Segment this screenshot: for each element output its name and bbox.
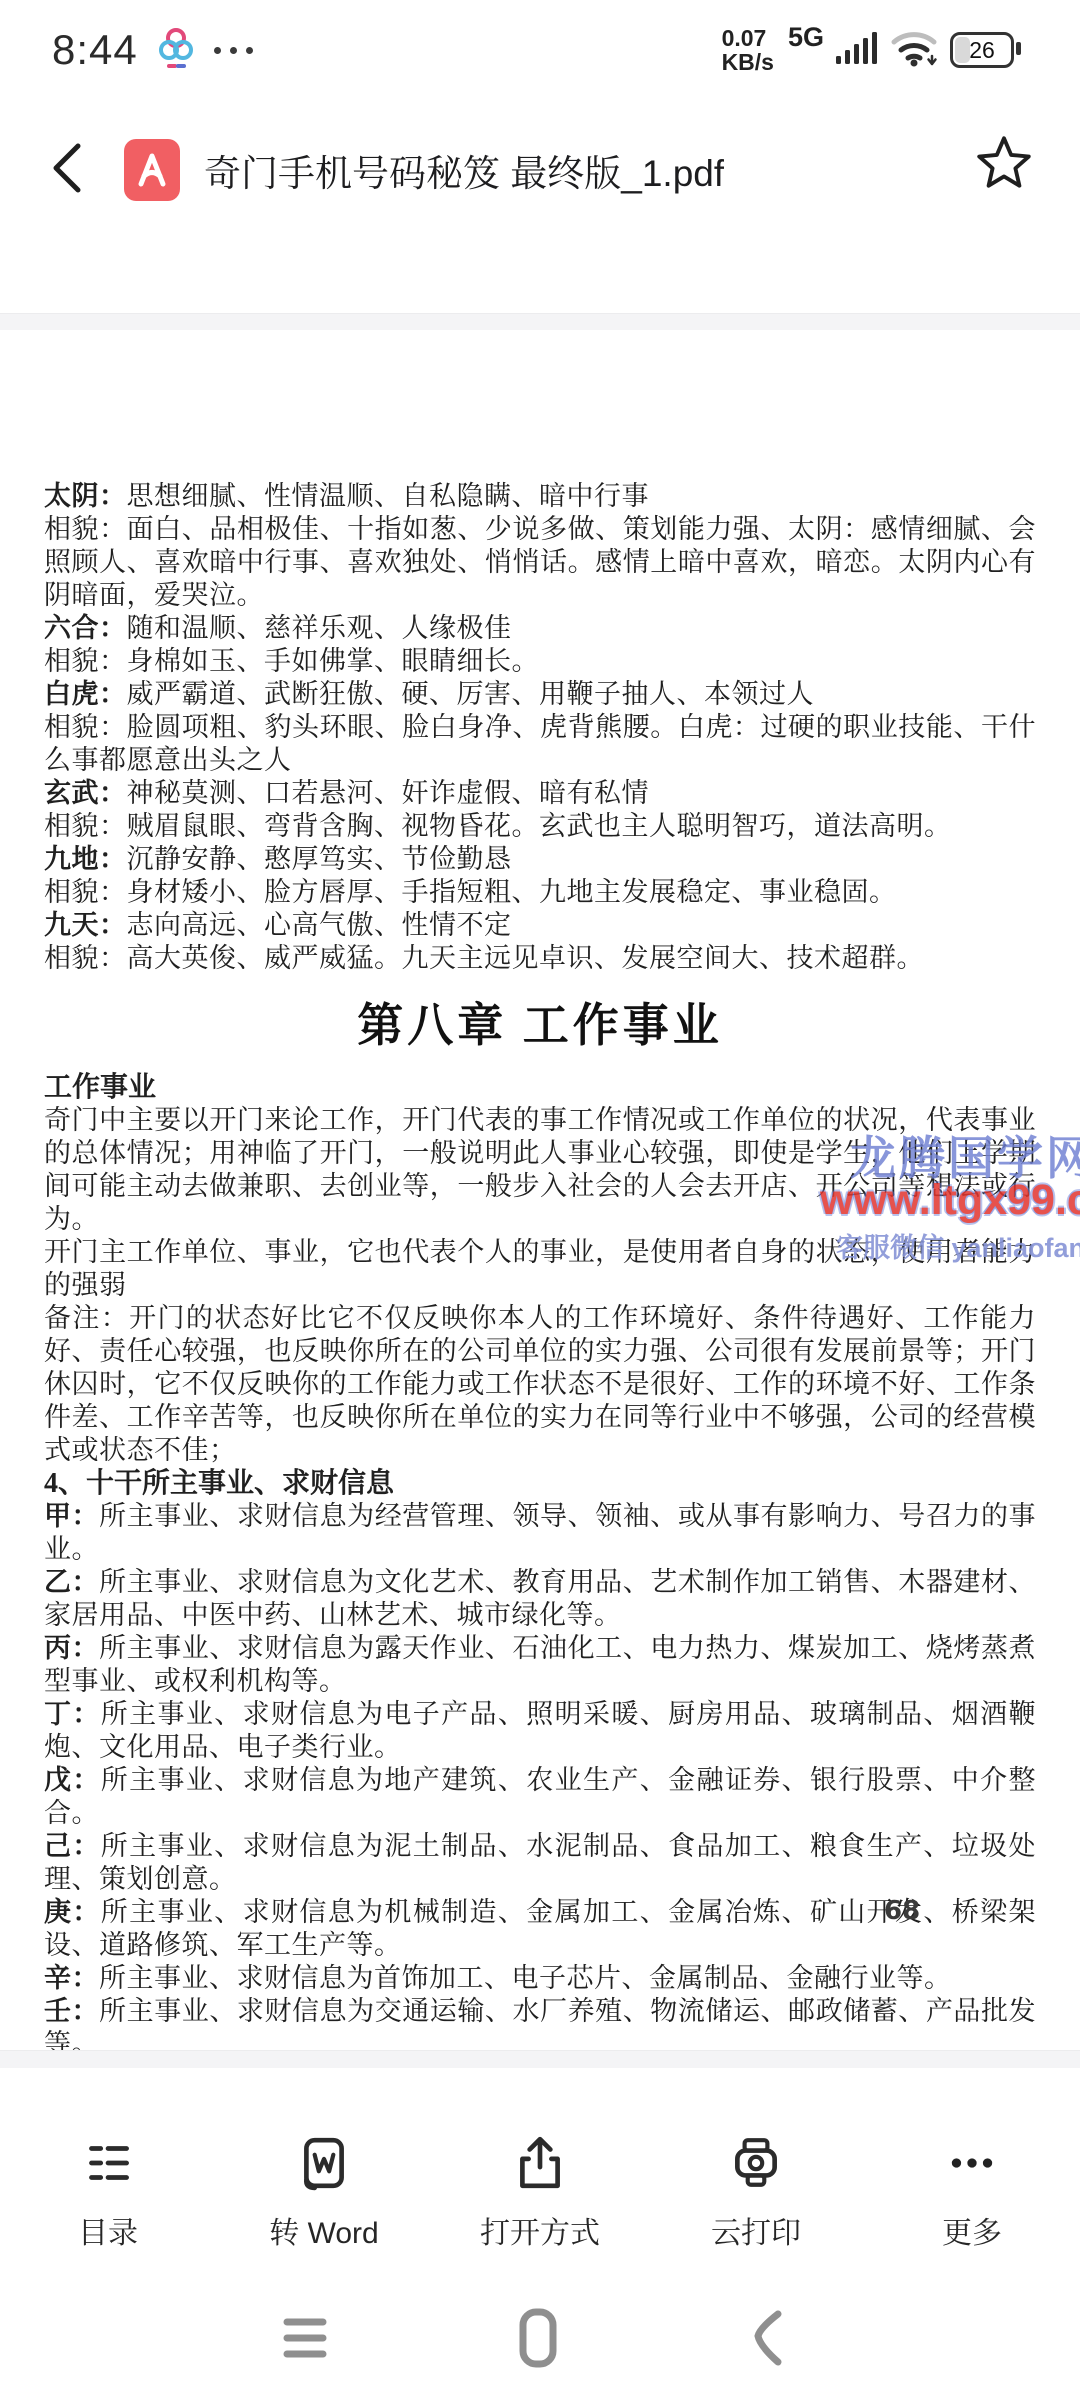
paragraph-label: 乙： (44, 1567, 99, 1597)
paragraph-label: 甲： (44, 1501, 99, 1531)
back-chevron-icon (48, 140, 84, 201)
doc-paragraph: 戊：所主事业、求财信息为地产建筑、农业生产、金融证券、银行股票、中介整合。 (44, 1764, 1036, 1830)
page-number: 68 (884, 1896, 920, 1926)
paragraph-label: 相貌： (44, 712, 127, 742)
paragraph-text: 所主事业、求财信息为电子产品、照明采暖、厨房用品、玻璃制品、烟酒鞭炮、文化用品、… (44, 1699, 1036, 1762)
paragraph-text: 所主事业、求财信息为交通运输、水厂养殖、物流储运、邮政储蓄、产品批发等。 (44, 1996, 1036, 2050)
more-icon (943, 2134, 1001, 2192)
app-notification-icon (156, 25, 196, 76)
doc-paragraph: 辛：所主事业、求财信息为首饰加工、电子芯片、金属制品、金融行业等。 (44, 1962, 1036, 1995)
paragraph-text: 4、十干所主事业、求财信息 (44, 1468, 394, 1499)
paragraph-text: 思想细腻、性情温顺、自私隐瞒、暗中行事 (127, 481, 650, 511)
page-separator-top (0, 313, 1080, 331)
paragraph-text: 沉静安静、憨厚笃实、节俭勤恳 (127, 844, 512, 874)
paragraph-label: 庚： (44, 1897, 101, 1927)
star-icon (976, 177, 1032, 194)
toolbar-item-label: 打开方式 (480, 2208, 600, 2252)
nav-menu-button[interactable] (273, 2306, 337, 2370)
open-with-icon (511, 2134, 569, 2192)
cloud-print-icon (727, 2134, 785, 2192)
paragraph-text: 所主事业、求财信息为露天作业、石油化工、电力热力、煤炭加工、烧烤蒸煮型事业、或权… (44, 1633, 1036, 1696)
toolbar-item-label: 目录 (78, 2208, 138, 2252)
section-heading: 工作事业 (44, 1071, 1036, 1104)
back-button[interactable] (44, 140, 88, 200)
doc-paragraph: 奇门中主要以开门来论工作，开门代表的事工作情况或工作单位的状况，代表事业的总体情… (44, 1104, 1036, 1236)
paragraph-label: 太阴： (44, 481, 127, 511)
paragraph-text: 随和温顺、慈祥乐观、人缘极佳 (127, 613, 512, 643)
clock: 8:44 (52, 26, 138, 74)
doc-paragraph: 备注：开门的状态好比它不仅反映你本人的工作环境好、条件待遇好、工作能力好、责任心… (44, 1302, 1036, 1467)
system-nav-bar (0, 2286, 1080, 2400)
pdf-page-view[interactable]: 太阴：思想细腻、性情温顺、自私隐瞒、暗中行事相貌：面白、品相极佳、十指如葱、少说… (0, 330, 1080, 2050)
chapter-heading: 第八章 工作事业 (44, 997, 1036, 1055)
doc-paragraph: 丙：所主事业、求财信息为露天作业、石油化工、电力热力、煤炭加工、烧烤蒸煮型事业、… (44, 1632, 1036, 1698)
doc-paragraph: 玄武：神秘莫测、口若悬河、奸诈虚假、暗有私情 (44, 777, 1036, 810)
app-header: 奇门手机号码秘笈 最终版_1.pdf (0, 100, 1080, 240)
paragraph-label: 戊： (44, 1765, 101, 1795)
document-title: 奇门手机号码秘笈 最终版_1.pdf (204, 143, 724, 197)
paragraph-label: 九天： (44, 910, 127, 940)
nav-back-button[interactable] (738, 2306, 802, 2370)
paragraph-label: 玄武： (44, 778, 127, 808)
doc-paragraph: 相貌：身材矮小、脸方唇厚、手指短粗、九地主发展稳定、事业稳固。 (44, 876, 1036, 909)
doc-paragraph: 白虎：威严霸道、武断狂傲、硬、厉害、用鞭子抽人、本领过人 (44, 678, 1036, 711)
paragraph-text: 所主事业、求财信息为文化艺术、教育用品、艺术制作加工销售、木器建材、家居用品、中… (44, 1567, 1036, 1630)
paragraph-label: 相貌： (44, 646, 127, 676)
paragraph-text: 奇门中主要以开门来论工作，开门代表的事工作情况或工作单位的状况，代表事业的总体情… (44, 1105, 1036, 1234)
favorite-button[interactable] (976, 134, 1032, 190)
paragraph-text: 工作事业 (44, 1072, 156, 1103)
toolbar-item-to-word[interactable]: 转 Word (216, 2068, 432, 2286)
doc-paragraph: 相貌：面白、品相极佳、十指如葱、少说多做、策划能力强、太阴：感情细腻、会照顾人、… (44, 513, 1036, 612)
doc-paragraph: 乙：所主事业、求财信息为文化艺术、教育用品、艺术制作加工销售、木器建材、家居用品… (44, 1566, 1036, 1632)
paragraph-text: 开门的状态好比它不仅反映你本人的工作环境好、条件待遇好、工作能力好、责任心较强，… (44, 1303, 1036, 1465)
paragraph-text: 所主事业、求财信息为经营管理、领导、领袖、或从事有影响力、号召力的事业。 (44, 1501, 1036, 1564)
wifi-icon (890, 27, 938, 74)
paragraph-label: 六合： (44, 613, 127, 643)
hamburger-menu-icon (273, 2306, 337, 2370)
paragraph-label: 丙： (44, 1633, 99, 1663)
nav-home-button[interactable] (506, 2306, 570, 2370)
bottom-toolbar: 目录转 Word打开方式云打印更多 (0, 2068, 1080, 2286)
doc-paragraph: 丁：所主事业、求财信息为电子产品、照明采暖、厨房用品、玻璃制品、烟酒鞭炮、文化用… (44, 1698, 1036, 1764)
paragraph-label: 壬： (44, 1996, 99, 2026)
paragraph-text: 面白、品相极佳、十指如葱、少说多做、策划能力强、太阴：感情细腻、会照顾人、喜欢暗… (44, 514, 1036, 610)
paragraph-text: 威严霸道、武断狂傲、硬、厉害、用鞭子抽人、本领过人 (127, 679, 815, 709)
paragraph-label: 白虎： (44, 679, 127, 709)
doc-paragraph: 壬：所主事业、求财信息为交通运输、水厂养殖、物流储运、邮政储蓄、产品批发等。 (44, 1995, 1036, 2050)
paragraph-label: 九地： (44, 844, 127, 874)
paragraph-text: 开门主工作单位、事业，它也代表个人的事业，是使用者自身的状态，使用者能力的强弱 (44, 1237, 1036, 1300)
paragraph-label: 相貌： (44, 877, 127, 907)
doc-paragraph: 己：所主事业、求财信息为泥土制品、水泥制品、食品加工、粮食生产、垃圾处理、策划创… (44, 1830, 1036, 1896)
toolbar-item-cloud-print[interactable]: 云打印 (648, 2068, 864, 2286)
doc-paragraph: 太阴：思想细腻、性情温顺、自私隐瞒、暗中行事 (44, 480, 1036, 513)
toolbar-item-label: 转 Word (269, 2208, 378, 2252)
paragraph-text: 脸圆项粗、豹头环眼、脸白身净、虎背熊腰。白虎：过硬的职业技能、干什么事都愿意出头… (44, 712, 1036, 775)
back-chevron-icon (738, 2306, 802, 2370)
page-separator-bottom (0, 2050, 1080, 2070)
battery-icon: 26 (950, 32, 1014, 68)
phone-screen: 8:44 0.07 KB/s 5G (0, 0, 1080, 2400)
battery-level: 26 (953, 35, 1011, 65)
signal-bars-icon (836, 30, 878, 71)
doc-paragraph: 相貌：脸圆项粗、豹头环眼、脸白身净、虎背熊腰。白虎：过硬的职业技能、干什么事都愿… (44, 711, 1036, 777)
paragraph-label: 丁： (44, 1699, 101, 1729)
toolbar-item-label: 更多 (942, 2208, 1002, 2252)
doc-paragraph: 开门主工作单位、事业，它也代表个人的事业，是使用者自身的状态，使用者能力的强弱 (44, 1236, 1036, 1302)
to-word-icon (295, 2134, 353, 2192)
paragraph-label: 备注： (44, 1303, 129, 1333)
paragraph-text: 高大英俊、威严威猛。九天主远见卓识、发展空间大、技术超群。 (127, 943, 925, 973)
doc-paragraph: 相貌：贼眉鼠眼、弯背含胸、视物昏花。玄武也主人聪明智巧，道法高明。 (44, 810, 1036, 843)
toolbar-item-label: 云打印 (711, 2208, 801, 2252)
doc-paragraph: 相貌：高大英俊、威严威猛。九天主远见卓识、发展空间大、技术超群。 (44, 942, 1036, 975)
status-bar: 8:44 0.07 KB/s 5G (0, 0, 1080, 100)
home-square-icon (506, 2306, 570, 2370)
doc-paragraph: 相貌：身棉如玉、手如佛掌、眼睛细长。 (44, 645, 1036, 678)
battery-cap (1016, 42, 1021, 55)
toolbar-item-open-with[interactable]: 打开方式 (432, 2068, 648, 2286)
network-type-label: 5G (788, 22, 824, 53)
paragraph-label: 相貌： (44, 514, 127, 544)
paragraph-label: 相貌： (44, 811, 127, 841)
section-heading: 4、十干所主事业、求财信息 (44, 1467, 1036, 1500)
chapter-title-text: 第八章 工作事业 (357, 1000, 723, 1051)
network-speed: 0.07 KB/s (722, 26, 774, 74)
paragraph-label: 辛： (44, 1963, 99, 1993)
doc-paragraph: 九地：沉静安静、憨厚笃实、节俭勤恳 (44, 843, 1036, 876)
paragraph-text: 志向高远、心高气傲、性情不定 (127, 910, 512, 940)
toolbar-item-toc[interactable]: 目录 (0, 2068, 216, 2286)
doc-paragraph: 六合：随和温顺、慈祥乐观、人缘极佳 (44, 612, 1036, 645)
paragraph-text: 神秘莫测、口若悬河、奸诈虚假、暗有私情 (127, 778, 650, 808)
paragraph-text: 身棉如玉、手如佛掌、眼睛细长。 (127, 646, 540, 676)
paragraph-text: 身材矮小、脸方唇厚、手指短粗、九地主发展稳定、事业稳固。 (127, 877, 897, 907)
paragraph-text: 所主事业、求财信息为首饰加工、电子芯片、金属制品、金融行业等。 (99, 1963, 952, 1993)
toolbar-item-more[interactable]: 更多 (864, 2068, 1080, 2286)
pdf-file-icon (124, 139, 180, 201)
paragraph-text: 所主事业、求财信息为泥土制品、水泥制品、食品加工、粮食生产、垃圾处理、策划创意。 (44, 1831, 1036, 1894)
paragraph-text: 所主事业、求财信息为地产建筑、农业生产、金融证券、银行股票、中介整合。 (44, 1765, 1036, 1828)
ellipsis-icon (214, 47, 253, 54)
doc-paragraph: 甲：所主事业、求财信息为经营管理、领导、领袖、或从事有影响力、号召力的事业。 (44, 1500, 1036, 1566)
paragraph-text: 贼眉鼠眼、弯背含胸、视物昏花。玄武也主人聪明智巧，道法高明。 (127, 811, 952, 841)
doc-paragraph: 九天：志向高远、心高气傲、性情不定 (44, 909, 1036, 942)
toc-icon (79, 2134, 137, 2192)
paragraph-label: 相貌： (44, 943, 127, 973)
paragraph-label: 己： (44, 1831, 101, 1861)
